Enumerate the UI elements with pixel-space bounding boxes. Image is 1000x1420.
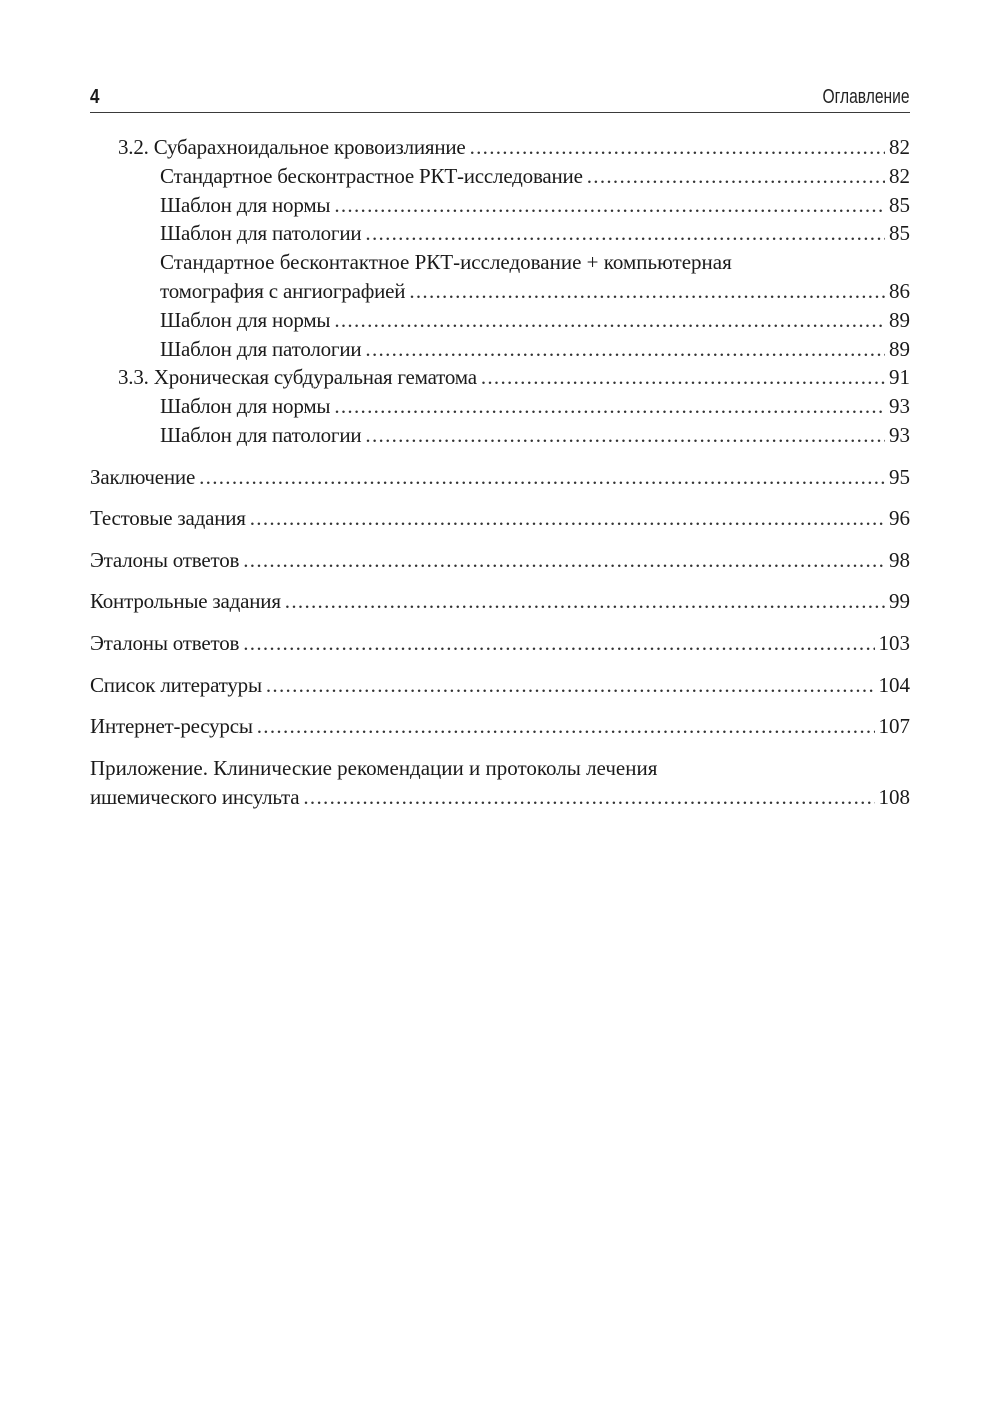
dot-leader [470, 133, 885, 162]
dot-leader [365, 335, 885, 364]
toc-entry-page: 91 [889, 363, 910, 392]
toc-entry-page: 104 [879, 671, 911, 700]
toc-entry[interactable]: Тестовые задания 96 [90, 504, 910, 533]
toc-entry-title: Шаблон для нормы [160, 392, 330, 421]
dot-leader [365, 421, 885, 450]
toc-entry[interactable]: Заключение 95 [90, 463, 910, 492]
running-head-title: Оглавление [823, 84, 910, 110]
toc-entry-page: 108 [879, 783, 911, 812]
toc-entry-title: Интернет-ресурсы [90, 712, 253, 741]
toc-entry-page: 107 [879, 712, 911, 741]
toc-entry-title: Заключение [90, 463, 195, 492]
page-number: 4 [90, 84, 99, 110]
dot-leader [257, 712, 875, 741]
toc-entry[interactable]: Шаблон для нормы 85 [90, 191, 910, 220]
toc-entry-title: Список литературы [90, 671, 262, 700]
toc-entry-title: Контрольные задания [90, 587, 281, 616]
dot-leader [587, 162, 885, 191]
dot-leader [266, 671, 875, 700]
toc-entry-page: 96 [889, 504, 910, 533]
running-head: 4 Оглавление [90, 84, 910, 113]
dot-leader [243, 629, 874, 658]
toc-entry-title: Эталоны ответов [90, 629, 239, 658]
dot-leader [334, 191, 885, 220]
toc-entry-title: 3.3. Хроническая субдуральная гематома [118, 363, 477, 392]
toc-entry-page: 93 [889, 421, 910, 450]
toc-entry[interactable]: Интернет-ресурсы 107 [90, 712, 910, 741]
toc-entry-title: Шаблон для нормы [160, 191, 330, 220]
toc-entry[interactable]: Шаблон для нормы 89 [90, 306, 910, 335]
dot-leader [285, 587, 885, 616]
dot-leader [481, 363, 885, 392]
toc-entry-page: 99 [889, 587, 910, 616]
dot-leader [250, 504, 885, 533]
toc-entry-page: 93 [889, 392, 910, 421]
toc-entry[interactable]: 3.2. Субарахноидальное кровоизлияние 82 [90, 133, 910, 162]
toc-entry[interactable]: Шаблон для патологии 89 [90, 335, 910, 364]
toc-entry-title: Шаблон для патологии [160, 219, 361, 248]
toc-entry-title: Шаблон для нормы [160, 306, 330, 335]
toc-entry[interactable]: Приложение. Клинические рекомендации и п… [90, 754, 910, 812]
dot-leader [303, 783, 874, 812]
dot-leader [334, 306, 885, 335]
toc-entry-page: 89 [889, 335, 910, 364]
toc-entry-page: 82 [889, 133, 910, 162]
toc-entry[interactable]: Эталоны ответов 103 [90, 629, 910, 658]
toc-entry-page: 89 [889, 306, 910, 335]
toc-entry-title: Эталоны ответов [90, 546, 239, 575]
toc-entry-title: Шаблон для патологии [160, 421, 361, 450]
toc-entry-title: Тестовые задания [90, 504, 246, 533]
toc-entry[interactable]: Стандартное бесконтрастное РКТ-исследова… [90, 162, 910, 191]
toc-entry-title: 3.2. Субарахноидальное кровоизлияние [118, 133, 466, 162]
toc-entry[interactable]: 3.3. Хроническая субдуральная гематома 9… [90, 363, 910, 392]
table-of-contents: 3.2. Субарахноидальное кровоизлияние 82 … [90, 133, 910, 811]
toc-entry-page: 98 [889, 546, 910, 575]
toc-entry-title-line1: Стандартное бесконтактное РКТ-исследован… [160, 248, 910, 277]
toc-entry-page: 86 [889, 277, 910, 306]
dot-leader [199, 463, 885, 492]
dot-leader [409, 277, 885, 306]
toc-entry[interactable]: Список литературы 104 [90, 671, 910, 700]
toc-entry-title: томография с ангиографией [160, 277, 405, 306]
toc-entry-page: 95 [889, 463, 910, 492]
toc-entry-page: 85 [889, 219, 910, 248]
toc-entry-title: Стандартное бесконтрастное РКТ-исследова… [160, 162, 583, 191]
toc-entry[interactable]: Контрольные задания 99 [90, 587, 910, 616]
toc-entry[interactable]: Шаблон для патологии 85 [90, 219, 910, 248]
dot-leader [243, 546, 885, 575]
dot-leader [365, 219, 885, 248]
toc-entry[interactable]: Эталоны ответов 98 [90, 546, 910, 575]
toc-entry-page: 82 [889, 162, 910, 191]
toc-entry-page: 85 [889, 191, 910, 220]
toc-entry-title: Шаблон для патологии [160, 335, 361, 364]
toc-entry-title: ишемического инсульта [90, 783, 299, 812]
toc-entry-page: 103 [879, 629, 911, 658]
dot-leader [334, 392, 885, 421]
toc-entry[interactable]: Шаблон для нормы 93 [90, 392, 910, 421]
toc-entry-title-line1: Приложение. Клинические рекомендации и п… [90, 754, 910, 783]
toc-entry[interactable]: Стандартное бесконтактное РКТ-исследован… [90, 248, 910, 306]
toc-entry[interactable]: Шаблон для патологии 93 [90, 421, 910, 450]
